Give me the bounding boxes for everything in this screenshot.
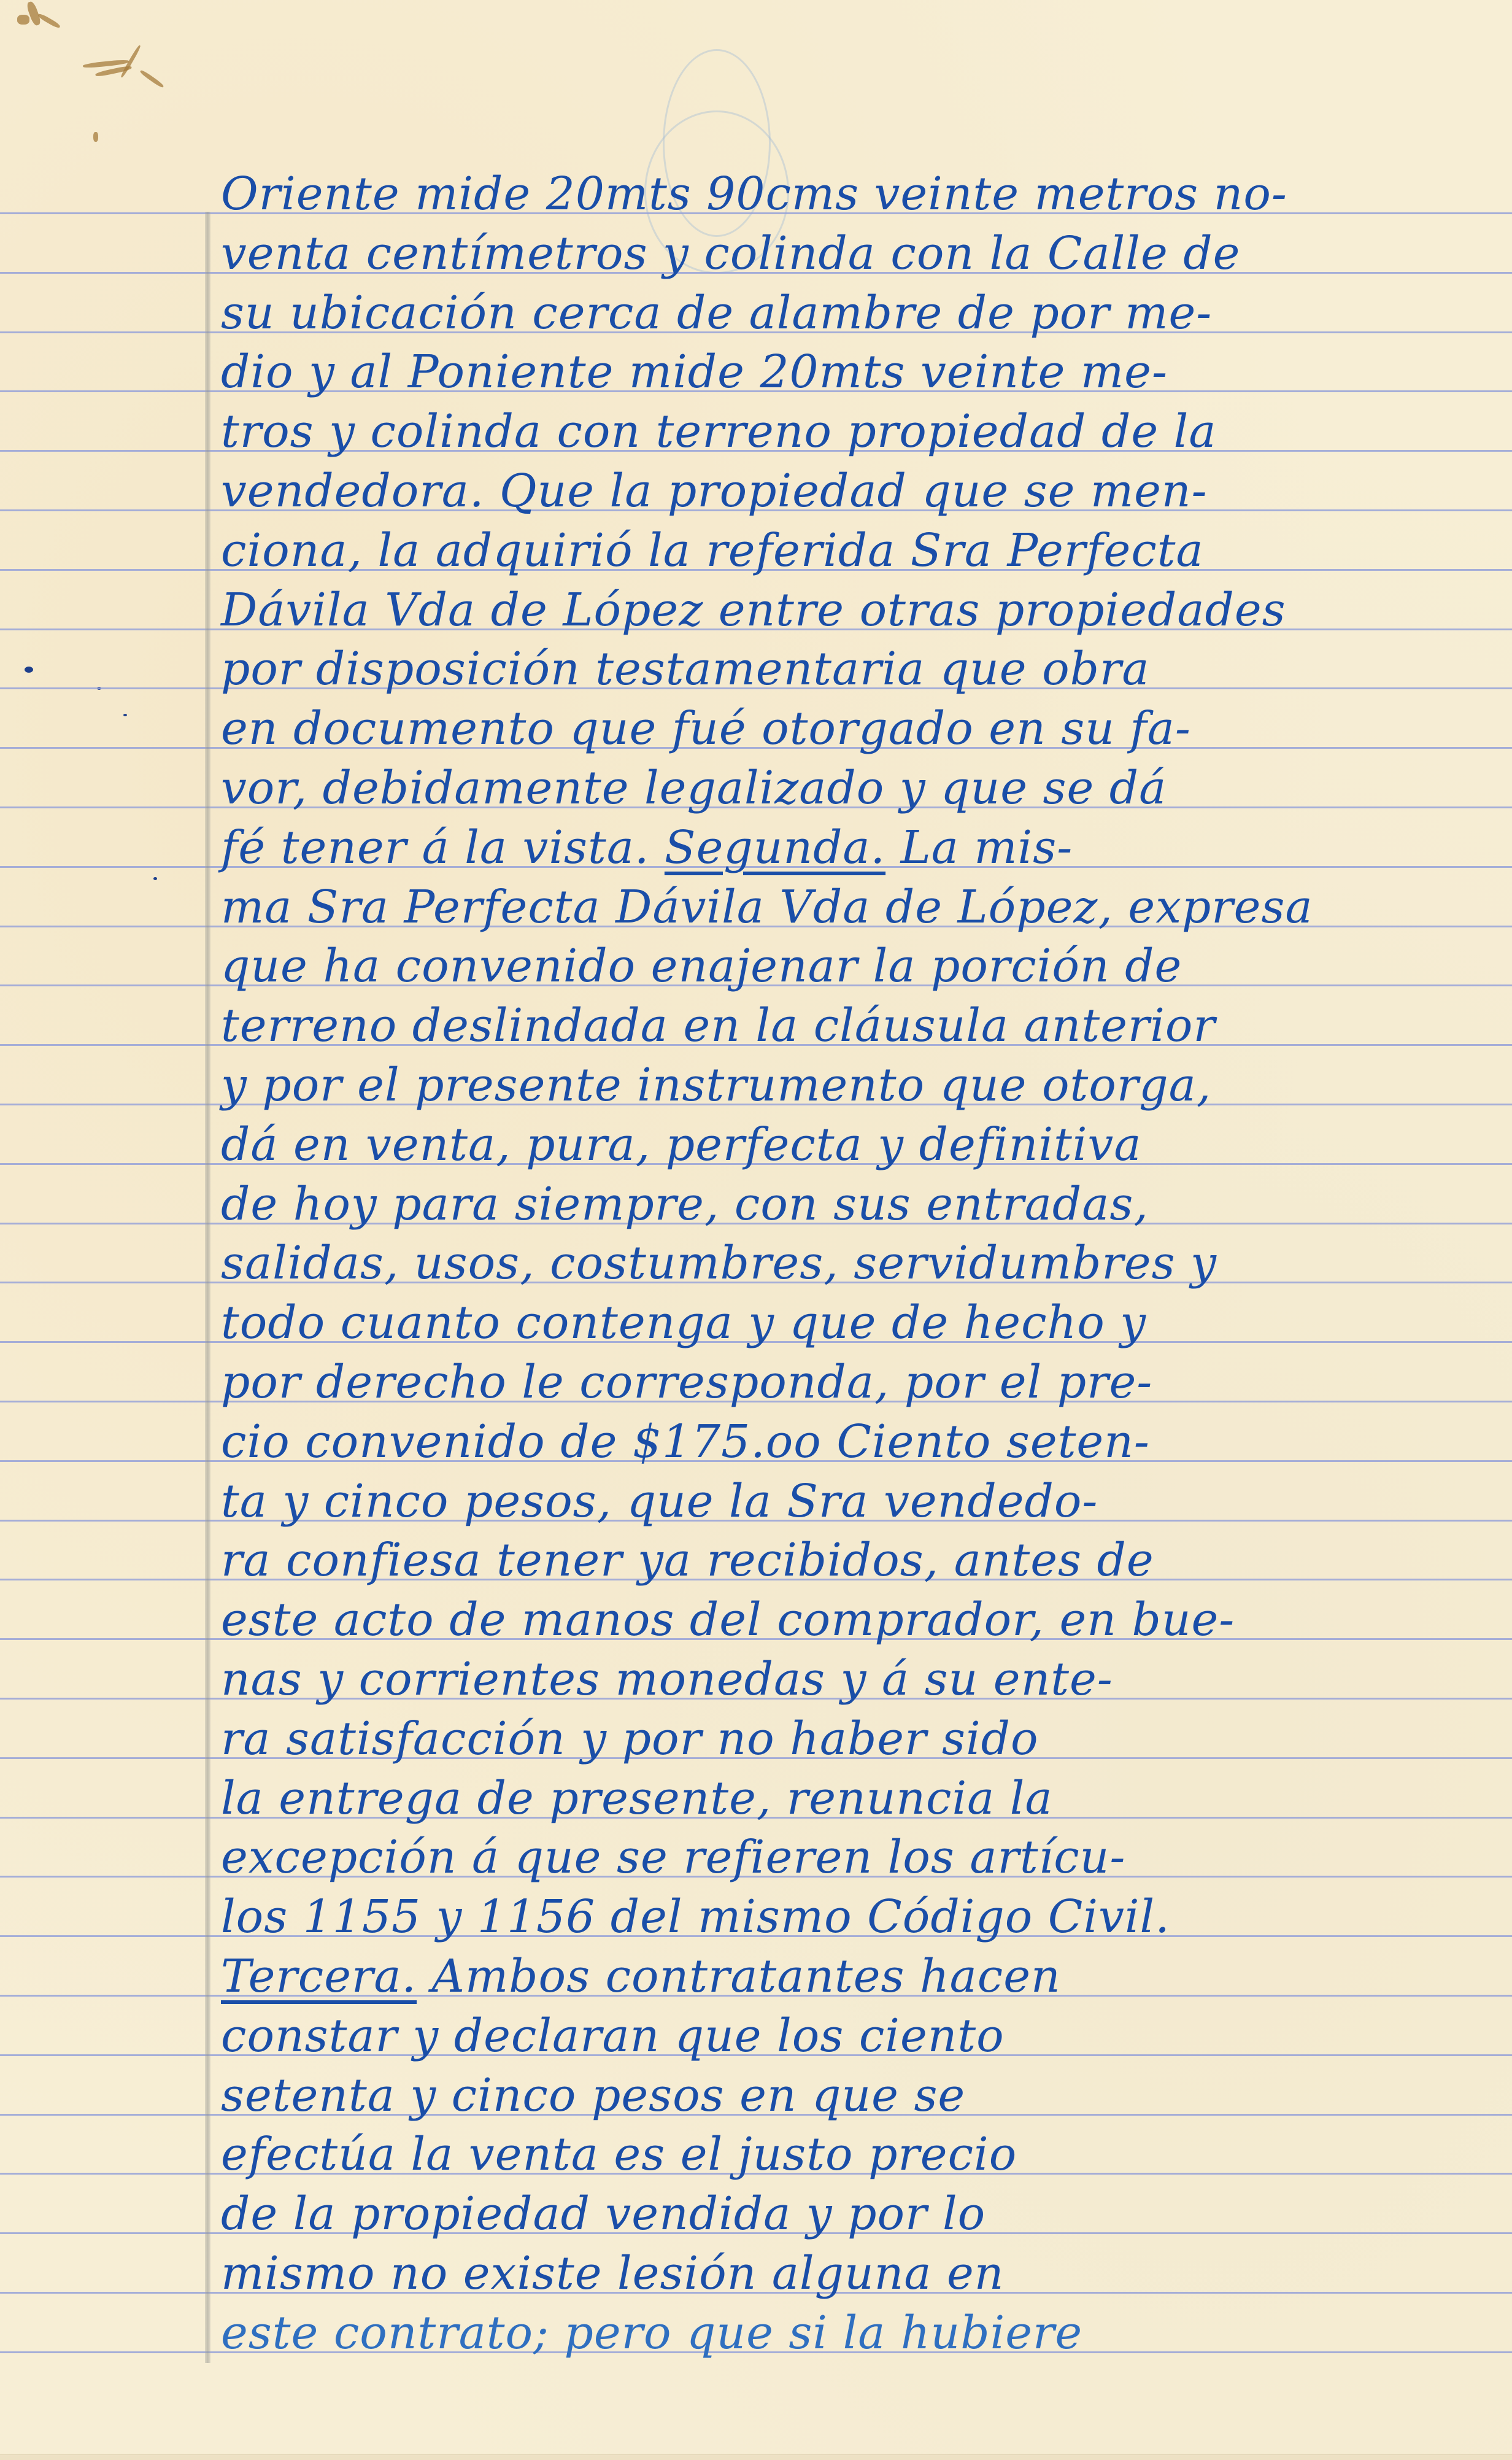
- text-line-24: ra confiesa tener ya recibidos, antes de: [221, 1531, 1503, 1590]
- clause-heading: Tercera.: [221, 1950, 417, 2003]
- page-bottom-edge: [0, 2454, 1512, 2460]
- text-line-30: los 1155 y 1156 del mismo Código Civil.: [221, 1887, 1503, 1946]
- text-line-14: que ha convenido enajenar la porción de: [221, 937, 1503, 996]
- text-line-21: por derecho le corresponda, por el pre-: [221, 1353, 1503, 1412]
- text-line-1: Oriente mide 20mts 90cms veinte metros n…: [221, 164, 1503, 223]
- text-line-34: efectúa la venta es el justo precio: [221, 2125, 1503, 2184]
- text-line-18: de hoy para siempre, con sus entradas,: [221, 1175, 1503, 1234]
- ink-dot: [123, 714, 127, 716]
- ink-stain: [17, 15, 29, 25]
- text-line-22-price: cio convenido de $175.oo Ciento seten-: [221, 1412, 1503, 1471]
- text-line-20: todo cuanto contenga y que de hecho y: [221, 1293, 1503, 1352]
- text-line-28: la entrega de presente, renuncia la: [221, 1769, 1503, 1828]
- text-line-11: vor, debidamente legalizado y que se dá: [221, 759, 1503, 818]
- text-line-36: mismo no existe lesión alguna en: [221, 2244, 1503, 2303]
- text-line-5: tros y colinda con terreno propiedad de …: [221, 402, 1503, 461]
- text-line-27: ra satisfacción y por no haber sido: [221, 1709, 1503, 1768]
- text-line-12-segunda: fé tener á la vista. Segunda. La mis-: [221, 818, 1503, 877]
- text-line-23: ta y cinco pesos, que la Sra vendedo-: [221, 1472, 1503, 1531]
- text-line-33: setenta y cinco pesos en que se: [221, 2066, 1503, 2125]
- text-line-25: este acto de manos del comprador, en bue…: [221, 1590, 1503, 1649]
- text-line-6: vendedora. Que la propiedad que se men-: [221, 462, 1503, 520]
- text-line-19: salidas, usos, costumbres, servidumbres …: [221, 1234, 1503, 1293]
- text-line-4: dio y al Poniente mide 20mts veinte me-: [221, 342, 1503, 401]
- text-line-17: dá en venta, pura, perfecta y definitiva: [221, 1115, 1503, 1174]
- text-line-8: Dávila Vda de López entre otras propieda…: [221, 581, 1503, 640]
- text-line-31-tercera: Tercera. Ambos contratantes hacen: [221, 1947, 1503, 2006]
- ink-dot: [25, 667, 33, 673]
- text-line-2: venta centímetros y colinda con la Calle…: [221, 224, 1503, 283]
- clause-heading: Segunda.: [665, 821, 885, 874]
- text-line-35: de la propiedad vendida y por lo: [221, 2184, 1503, 2243]
- text-line-32: constar y declaran que los ciento: [221, 2006, 1503, 2065]
- text-line-15: terreno deslindada en la cláusula anteri…: [221, 996, 1503, 1055]
- text-line-10: en documento que fué otorgado en su fa-: [221, 699, 1503, 758]
- text-line-16: y por el presente instrumento que otorga…: [221, 1056, 1503, 1115]
- text-line-7: ciona, la adquirió la referida Sra Perfe…: [221, 521, 1503, 580]
- ink-stain: [93, 132, 98, 142]
- text-line-26: nas y corrientes monedas y á su ente-: [221, 1650, 1503, 1709]
- margin-line: [205, 212, 210, 2363]
- text-line-3: su ubicación cerca de alambre de por me-: [221, 284, 1503, 342]
- text-line-13: ma Sra Perfecta Dávila Vda de López, exp…: [221, 878, 1503, 937]
- text-line-37: este contrato; pero que si la hubiere: [221, 2303, 1503, 2362]
- text-line-29: excepción á que se refieren los artícu-: [221, 1828, 1503, 1887]
- ink-dot: [153, 877, 157, 880]
- text-line-9: por disposición testamentaria que obra: [221, 640, 1503, 698]
